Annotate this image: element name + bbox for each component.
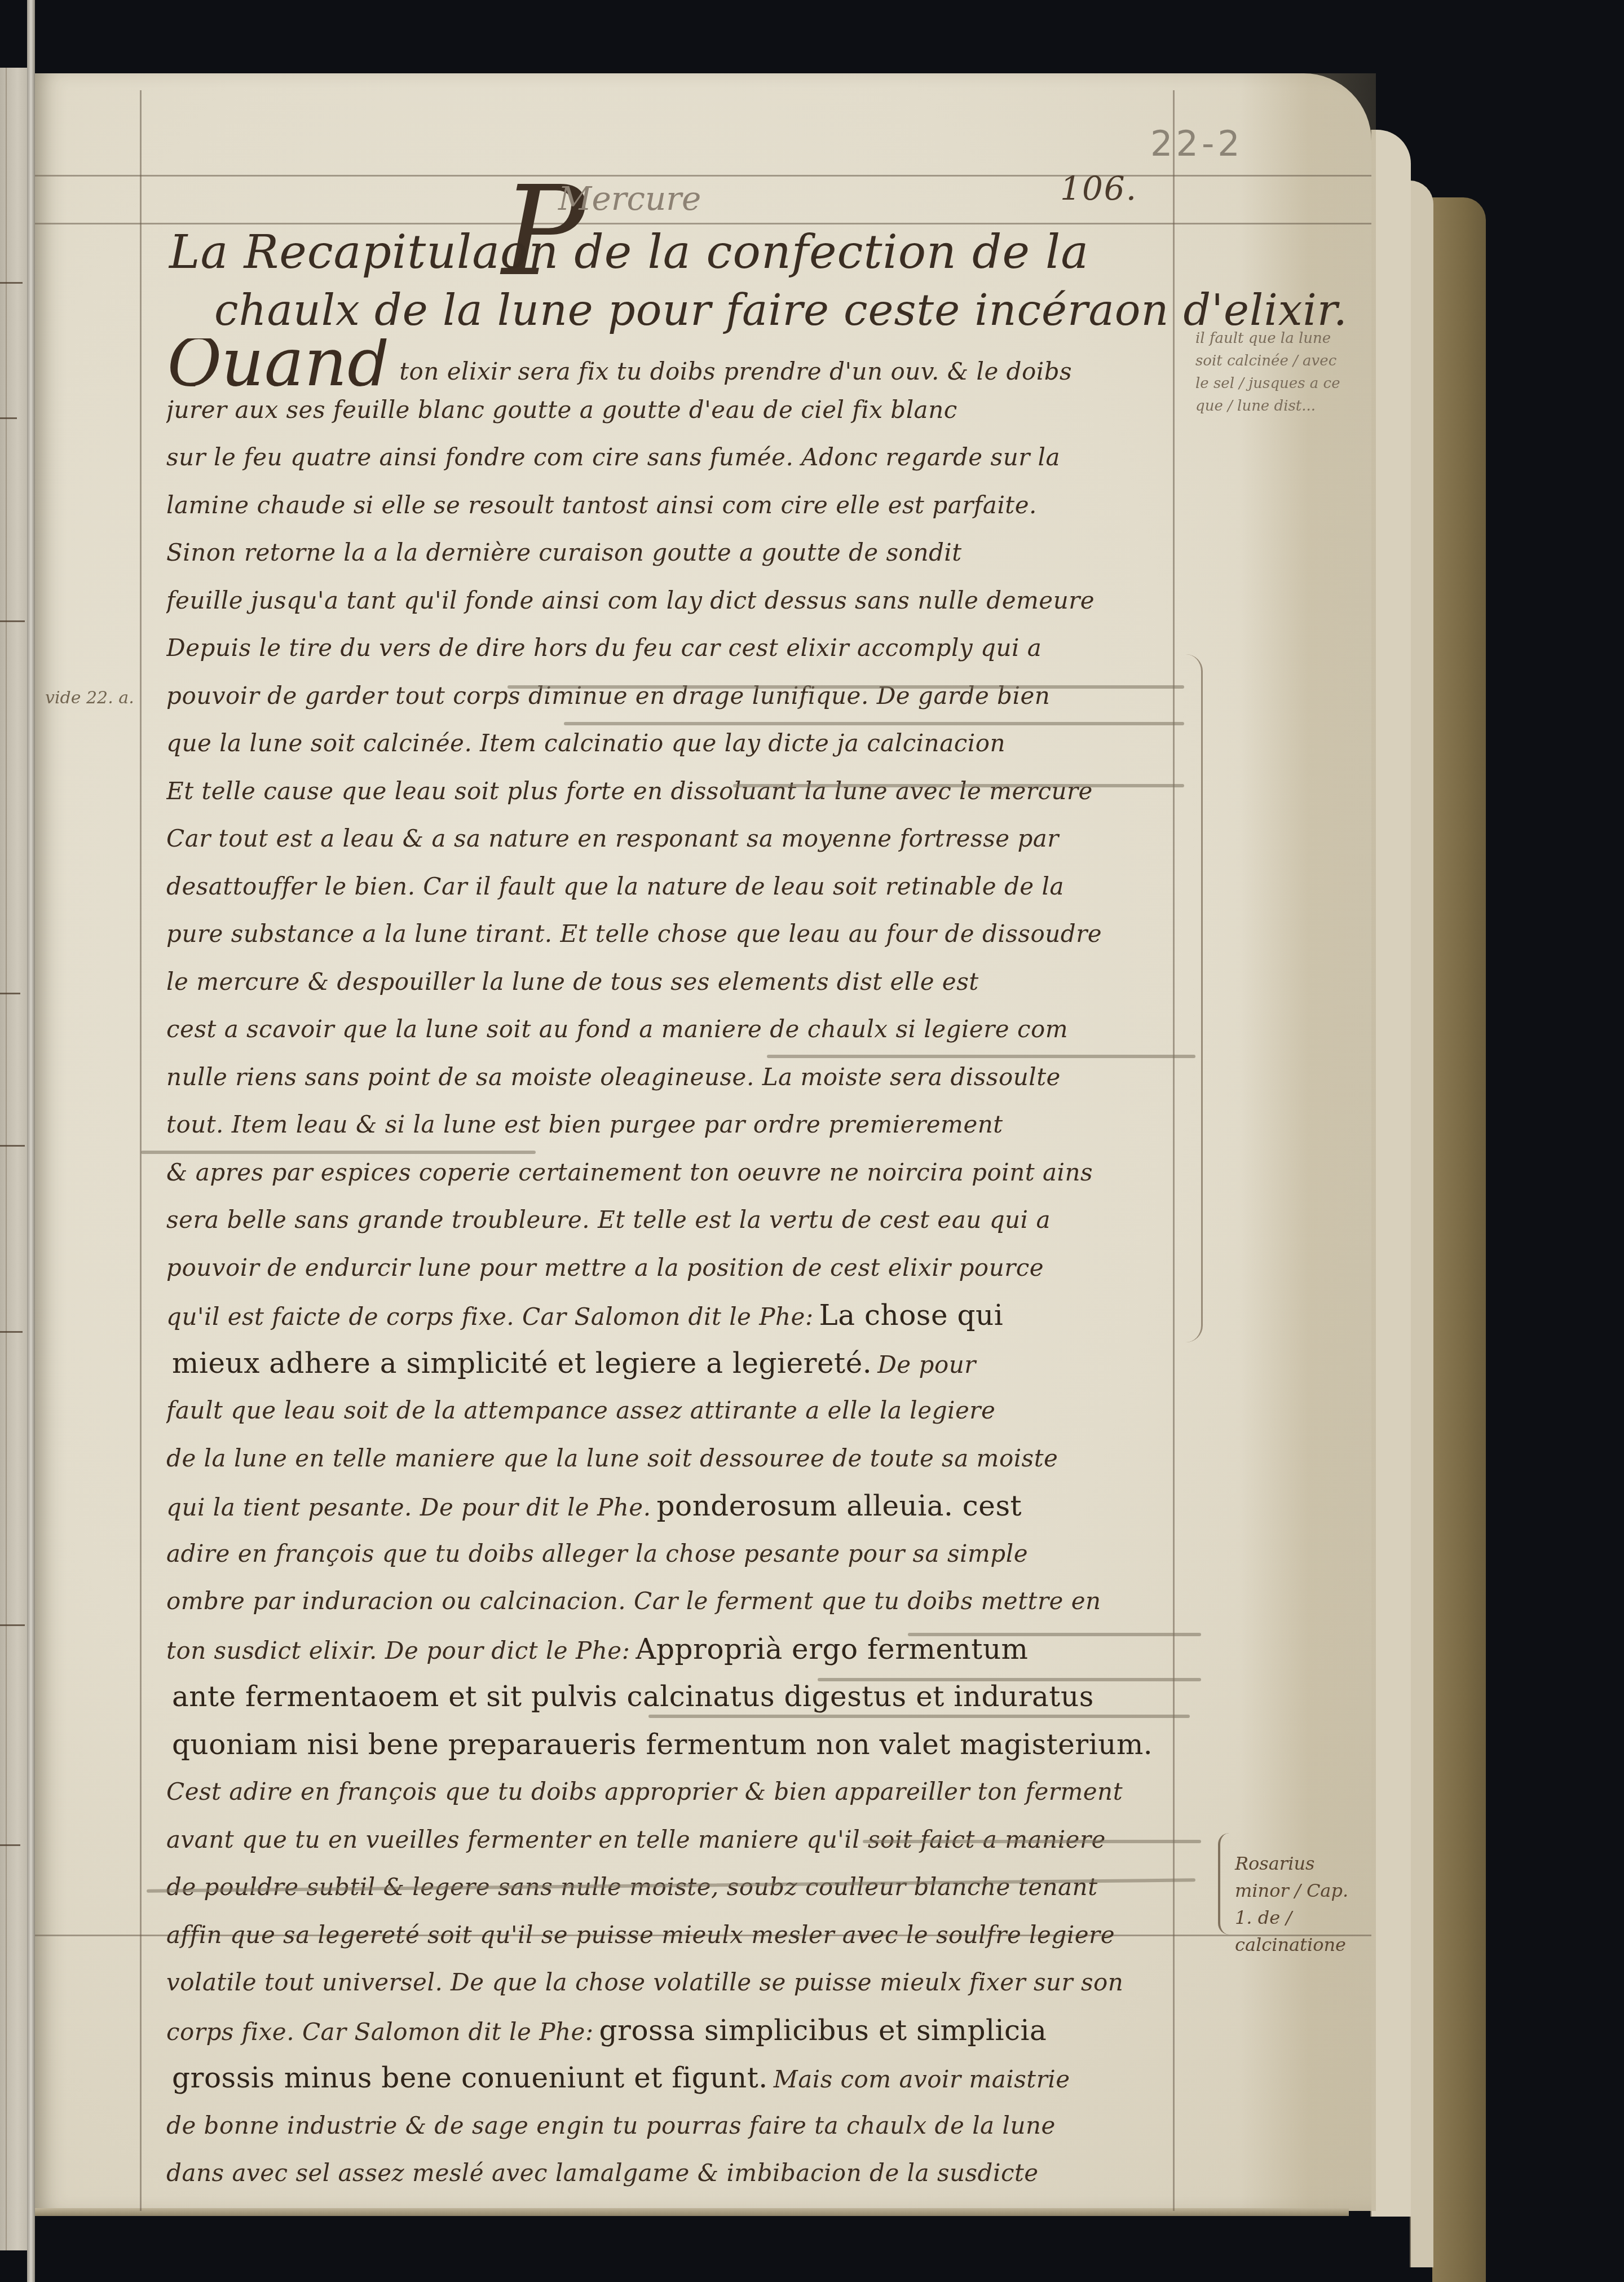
text-line: lamine chaude si elle se resoult tantost… [166, 482, 1198, 530]
line-text: que la lune soit calcinée. Item calcinat… [166, 729, 1005, 757]
text-line: pouvoir de endurcir lune pour mettre a l… [166, 1244, 1198, 1292]
line-text: pure substance a la lune tirant. Et tell… [166, 920, 1102, 948]
underline-mark [818, 1678, 1201, 1681]
text-line: feuille jusqu'a tant qu'il fonde ainsi c… [166, 577, 1198, 625]
text-line: affin que sa legereté soit qu'il se puis… [166, 1911, 1198, 1959]
facing-page-ink [0, 1624, 25, 1626]
line-text: adire en françois que tu doibs alleger l… [166, 1540, 1028, 1567]
underline-mark [141, 1151, 536, 1154]
margin-bracket [1184, 654, 1203, 1342]
folio-number: 106. [1060, 169, 1137, 208]
title-line-2: chaulx de la lune pour faire ceste incér… [214, 285, 1348, 335]
text-line: Sinon retorne la a la dernière curaison … [166, 529, 1198, 577]
underline-mark [507, 685, 1184, 689]
ruling-line-top [35, 175, 1371, 177]
text-line: & apres par espices coperie certainement… [166, 1149, 1198, 1197]
binding-edge [1432, 197, 1486, 2282]
line-text: de la lune en telle maniere que la lune … [166, 1444, 1058, 1472]
text-line: de la lune en telle maniere que la lune … [166, 1435, 1198, 1483]
quoted-text: grossa simplicibus et simplicia [599, 2014, 1047, 2047]
text-line: cest a scavoir que la lune soit au fond … [166, 1006, 1198, 1054]
drop-initial: Quand [166, 338, 390, 386]
line-text: Car tout est a leau & a sa nature en res… [166, 825, 1059, 852]
quoted-text: La chose qui [819, 1299, 1004, 1332]
line-text: volatile tout universel. De que la chose… [166, 1968, 1123, 1996]
marginal-note-bottom-right: Rosarius minor / Cap. 1. de / calcinatio… [1235, 1850, 1365, 1958]
facing-page-margin-rule [6, 68, 7, 2250]
margin-bracket [1218, 1833, 1232, 1935]
text-line: ombre par induracion ou calcinacion. Car… [166, 1578, 1198, 1625]
text-line: qu'il est faicte de corps fixe. Car Salo… [166, 1292, 1198, 1340]
line-text: qu'il est faicte de corps fixe. Car Salo… [166, 1303, 814, 1331]
line-text: desattouffer le bien. Car il fault que l… [166, 873, 1064, 900]
text-line: mieux adhere a simplicité et legiere a l… [166, 1340, 1198, 1387]
facing-page-ink [0, 1331, 23, 1333]
underline-mark [908, 1633, 1201, 1636]
underline-mark [863, 1840, 1201, 1843]
text-line: le mercure & despouiller la lune de tous… [166, 958, 1198, 1006]
text-line: Quandton elixir sera fix tu doibs prendr… [166, 338, 1198, 386]
text-line: fault que leau soit de la attempance ass… [166, 1387, 1198, 1435]
line-text: ombre par induracion ou calcinacion. Car… [166, 1587, 1101, 1615]
text-line: Et telle cause que leau soit plus forte … [166, 768, 1198, 816]
text-line: de bonne industrie & de sage engin tu po… [166, 2102, 1198, 2150]
text-line: dans avec sel assez meslé avec lamalgame… [166, 2149, 1198, 2197]
line-text: Depuis le tire du vers de dire hors du f… [166, 634, 1042, 662]
line-text: ton elixir sera fix tu doibs prendre d'u… [399, 358, 1072, 385]
text-line: quoniam nisi bene preparaueris fermentum… [166, 1721, 1198, 1769]
line-text: sur le feu quatre ainsi fondre com cire … [166, 443, 1060, 471]
line-text: corps fixe. Car Salomon dit le Phe: [166, 2018, 594, 2046]
line-text: Cest adire en françois que tu doibs appr… [166, 1778, 1123, 1805]
line-text: Sinon retorne la a la dernière curaison … [166, 539, 962, 566]
line-text: qui la tient pesante. De pour dit le Phe… [166, 1494, 651, 1521]
marginal-note-top-right: il fault que la lune soit calcinée / ave… [1195, 327, 1348, 417]
page-bottom-edge [35, 2208, 1349, 2216]
quoted-text: grossis minus bene conueniunt et figunt. [172, 2061, 768, 2094]
title-line-1: La Recapitulaon de la confection de la [169, 226, 1089, 279]
line-text: jurer aux ses feuille blanc goutte a gou… [166, 396, 957, 424]
line-text: avant que tu en vueilles fermenter en te… [166, 1826, 1106, 1853]
line-text: feuille jusqu'a tant qu'il fonde ainsi c… [166, 587, 1095, 614]
facing-page-ink [0, 620, 25, 622]
ruling-line-head [35, 223, 1371, 224]
running-head: Mercure [558, 179, 701, 218]
quoted-text: Approprià ergo fermentum [636, 1633, 1028, 1666]
facing-page-ink [0, 282, 23, 284]
marginal-note-left: vide 22. a. [45, 688, 134, 708]
line-text: cest a scavoir que la lune soit au fond … [166, 1015, 1068, 1043]
line-text: De pour [877, 1351, 976, 1378]
underline-mark [648, 1715, 1190, 1718]
text-line: corps fixe. Car Salomon dit le Phe:gross… [166, 2007, 1198, 2055]
text-line: que la lune soit calcinée. Item calcinat… [166, 720, 1198, 768]
text-line: jurer aux ses feuille blanc goutte a gou… [166, 386, 1198, 434]
text-line: grossis minus bene conueniunt et figunt.… [166, 2054, 1198, 2102]
line-text: fault que leau soit de la attempance ass… [166, 1396, 995, 1424]
quoted-text: quoniam nisi bene preparaueris fermentum… [172, 1728, 1153, 1761]
facing-page-ink [0, 1844, 20, 1846]
text-line: desattouffer le bien. Car il fault que l… [166, 863, 1198, 911]
line-text: tout. Item leau & si la lune est bien pu… [166, 1111, 1003, 1138]
text-line: pouvoir de garder tout corps diminue en … [166, 672, 1198, 720]
text-line: Depuis le tire du vers de dire hors du f… [166, 624, 1198, 672]
text-line: sur le feu quatre ainsi fondre com cire … [166, 434, 1198, 482]
page-stack-edge [1370, 130, 1411, 2217]
text-line: pure substance a la lune tirant. Et tell… [166, 910, 1198, 958]
page-stack-edge [1410, 180, 1433, 2267]
facing-page-edge [0, 68, 29, 2250]
line-text: pouvoir de endurcir lune pour mettre a l… [166, 1254, 1044, 1281]
line-text: Et telle cause que leau soit plus forte … [166, 777, 1093, 805]
text-line: Cest adire en françois que tu doibs appr… [166, 1768, 1198, 1816]
underline-mark [564, 722, 1184, 725]
line-text: dans avec sel assez meslé avec lamalgame… [166, 2159, 1039, 2187]
archive-number: 22-2 [1150, 123, 1243, 164]
line-text: de bonne industrie & de sage engin tu po… [166, 2112, 1056, 2139]
facing-page-ink [0, 417, 17, 419]
line-text: nulle riens sans point de sa moiste olea… [166, 1063, 1061, 1091]
facing-page-ink [0, 1145, 25, 1147]
body-text: Quandton elixir sera fix tu doibs prendr… [166, 338, 1198, 2197]
line-text: lamine chaude si elle se resoult tantost… [166, 491, 1037, 519]
quoted-text: ponderosum alleuia. cest [657, 1490, 1022, 1522]
text-line: Car tout est a leau & a sa nature en res… [166, 815, 1198, 863]
underline-mark [767, 1055, 1195, 1058]
text-line: volatile tout universel. De que la chose… [166, 1959, 1198, 2007]
book-gutter [27, 0, 35, 2282]
text-line: tout. Item leau & si la lune est bien pu… [166, 1101, 1198, 1149]
text-line: adire en françois que tu doibs alleger l… [166, 1530, 1198, 1578]
line-text: le mercure & despouiller la lune de tous… [166, 968, 979, 995]
quoted-text: ante fermentaoem et sit pulvis calcinatu… [172, 1680, 1094, 1713]
line-text: Mais com avoir maistrie [774, 2065, 1070, 2093]
line-text: ton susdict elixir. De pour dict le Phe: [166, 1637, 630, 1664]
line-text: affin que sa legereté soit qu'il se puis… [166, 1921, 1115, 1949]
text-line: qui la tient pesante. De pour dit le Phe… [166, 1482, 1198, 1530]
line-text: sera belle sans grande troubleure. Et te… [166, 1206, 1051, 1233]
facing-page-ink [0, 993, 20, 994]
line-text: & apres par espices coperie certainement… [166, 1158, 1093, 1186]
text-line: nulle riens sans point de sa moiste olea… [166, 1054, 1198, 1102]
underline-mark [733, 784, 1184, 787]
quoted-text: mieux adhere a simplicité et legiere a l… [172, 1347, 872, 1380]
text-line: sera belle sans grande troubleure. Et te… [166, 1196, 1198, 1244]
